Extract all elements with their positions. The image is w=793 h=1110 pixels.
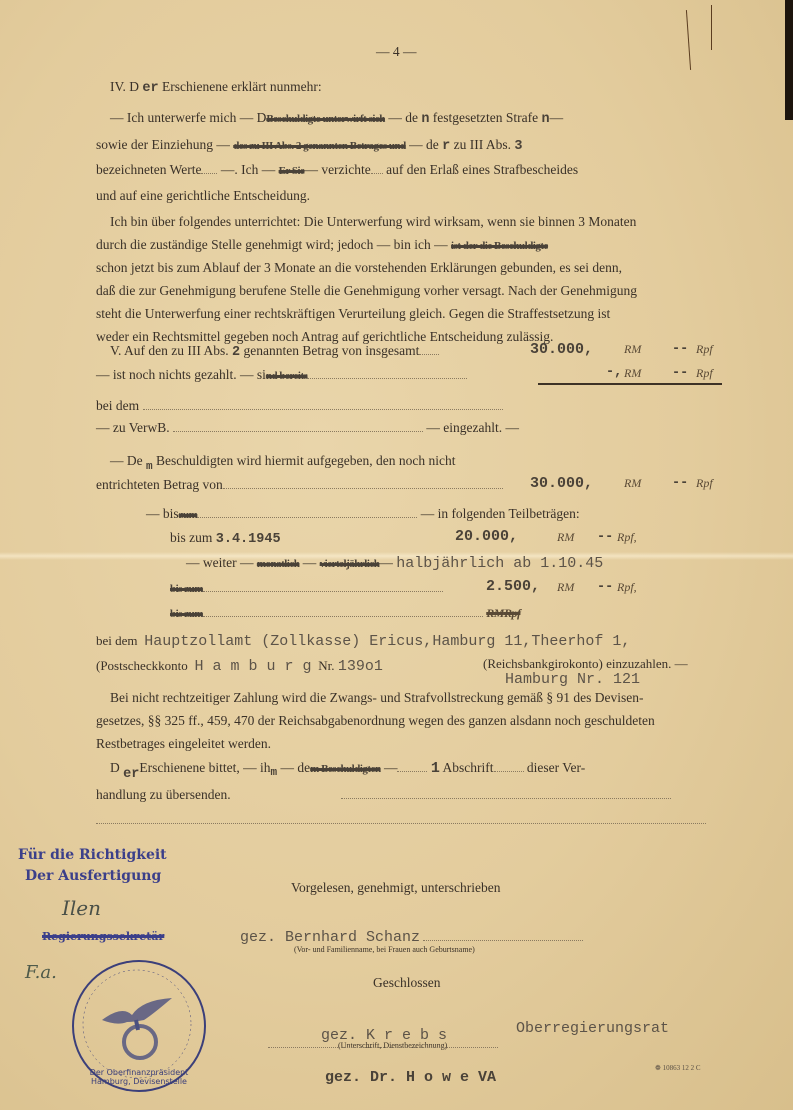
blank-field (371, 172, 383, 174)
text: — verzichte (304, 162, 370, 177)
typed-copy-count: 1 (431, 760, 440, 777)
blank-field (423, 939, 583, 941)
handwritten-initials: F.a. (25, 962, 57, 983)
text: zu III Abs. (454, 137, 511, 152)
section-v-line-4: — zu VerwB. — eingezahlt. — (96, 420, 519, 436)
blank-field (201, 172, 217, 174)
rpf-value: -- (672, 476, 688, 491)
text: — de (281, 760, 311, 775)
signature-2-line (268, 1036, 498, 1052)
struck-text: nd bereits (266, 370, 308, 382)
stamp-title-struck: Regierungssekretär (42, 930, 164, 943)
struck-text: ist der die Beschuldigte (451, 240, 548, 252)
text: — (550, 110, 564, 125)
typed-payee: Hauptzollamt (Zollkasse) Ericus,Hamburg … (144, 633, 630, 650)
typed-account-number: 139o1 (338, 658, 383, 675)
frequency-line: — weiter — monatlich — vierteljährlich— … (186, 555, 603, 572)
read-approved-label: Vorgelesen, genehmigt, unterschrieben (291, 880, 500, 896)
payment-line-2: entrichteten Betrag von (96, 477, 503, 493)
rpf-label: Rpf, (617, 580, 637, 595)
installment-amount: 20.000, (455, 528, 518, 545)
rm-label: RM (557, 580, 574, 595)
payee-line: bei dem Hauptzollamt (Zollkasse) Ericus,… (96, 633, 630, 650)
typed-fill: n (421, 112, 429, 127)
installment-3: bis zum RMRpf (170, 605, 520, 621)
enforcement-line-1: Bei nicht rechtzeitiger Zahlung wird die… (110, 690, 643, 706)
blank-field (419, 353, 439, 355)
text: bei dem (96, 633, 138, 648)
struck-text: bis zum (170, 608, 203, 620)
blank-field (494, 770, 524, 772)
typed-reichsbank: Hamburg Nr. 121 (505, 671, 640, 688)
rpf-label: Rpf (696, 342, 713, 357)
struck-text: Er Sie (279, 165, 305, 177)
text: genannten Betrag von insgesamt (243, 343, 419, 358)
page-edge-shadow (785, 0, 793, 120)
typed-city: H a m b u r g (194, 658, 311, 675)
info-line-2: durch die zuständige Stelle genehmigt wi… (96, 237, 548, 253)
struck-text: des zu III Abs. 2 genannten Betrages und (233, 140, 406, 152)
rm-label: RM (624, 476, 641, 491)
text: handlung zu übersenden. (96, 787, 231, 802)
text: 10863 12 2 C (663, 1064, 701, 1072)
stamp-line-2: Der Ausfertigung (25, 868, 161, 884)
form-code: ❁ 10863 12 2 C (655, 1064, 701, 1072)
copy-request-line-2: handlung zu übersenden. (96, 787, 671, 803)
struck-text: monatlich (257, 558, 300, 570)
text: Nr. (318, 658, 334, 673)
section-v-line-3: bei dem (96, 398, 503, 414)
text: entrichteten Betrag von (96, 477, 223, 492)
page-number: — 4 — (376, 44, 417, 60)
text: — in folgenden Teilbeträgen: (421, 506, 580, 521)
struck-text: vierteljährlich (320, 558, 380, 570)
typed-fill: 2 (232, 345, 240, 360)
struck-text: m Beschuldigten (310, 763, 380, 775)
blank-field (96, 822, 706, 824)
typed-frequency: halbjährlich ab 1.10.45 (396, 555, 603, 572)
info-line-5: steht die Unterwerfung einer rechtskräft… (96, 306, 610, 322)
installment-date: 3.4.1945 (216, 532, 281, 547)
copy-request-line-1: D erErschienene bittet, — ihm — dem Besc… (110, 760, 585, 782)
rm-label: RM (624, 342, 641, 357)
blank-field (397, 770, 427, 772)
text: bei dem (96, 398, 139, 413)
section-iv-line-4: und auf eine gerichtliche Entscheidung. (96, 188, 310, 204)
blank-field (203, 590, 443, 592)
rpf-label: Rpf, (617, 530, 637, 545)
outstanding-amount: 30.000, (530, 475, 593, 492)
text: sowie der Einziehung — (96, 137, 230, 152)
section-iv-heading: IV. D er Erschienene erklärt nunmehr: (110, 79, 322, 96)
section-iv-line-2: sowie der Einziehung — des zu III Abs. 2… (96, 137, 522, 154)
paid-amount: -, (606, 365, 622, 380)
text: — (384, 760, 398, 775)
official-seal: Der Oberfinanzpräsident Hamburg, Devisen… (72, 960, 206, 1092)
rm-label: RM (557, 530, 574, 545)
text: —. Ich — (221, 162, 275, 177)
section-v-line-2: — ist noch nichts gezahlt. — sind bereit… (96, 367, 467, 383)
rpf-value: -- (597, 530, 613, 545)
typed-fill: er (123, 767, 139, 782)
struck-text: bis zum (170, 583, 203, 595)
installment-amount: 2.500, (486, 578, 540, 595)
rpf-label: Rpf (696, 366, 713, 381)
blank-field (197, 516, 417, 518)
signature-2-title: Oberregierungsrat (516, 1020, 669, 1037)
reichsbank-label: (Reichsbankgirokonto) einzuzahlen. — (483, 656, 688, 672)
blank-field (268, 1046, 498, 1048)
text: Abschrift (443, 760, 494, 775)
section-v-line-1: V. Auf den zu III Abs. 2 genannten Betra… (110, 343, 439, 360)
typed-fill: m (146, 461, 153, 473)
text: — zu VerwB. (96, 420, 170, 435)
rpf-value: -- (672, 342, 688, 357)
text: — bis (146, 506, 179, 521)
struck-text: Beschuldigte unterwirft sich (266, 113, 385, 125)
seal-text: Der Oberfinanzpräsident Hamburg, Devisen… (84, 1068, 194, 1086)
closed-label: Geschlossen (373, 975, 441, 991)
stamp-line-1: Für die Richtigkeit (18, 847, 167, 863)
section-iv-line-3: bezeichneten Werte —. Ich — Er Sie— verz… (96, 162, 578, 178)
printer-mark-icon: ❁ (655, 1064, 661, 1072)
info-line-1: Ich bin über folgendes unterrichtet: Die… (110, 214, 636, 230)
rpf-value: -- (672, 366, 688, 381)
enforcement-line-2: gesetzes, §§ 325 ff., 459, 470 der Reich… (96, 713, 655, 729)
typed-fill: 3 (514, 139, 522, 154)
signature-3: gez. Dr. H o w e VA (325, 1069, 496, 1086)
info-line-4: daß die zur Genehmigung berufene Stelle … (96, 283, 637, 299)
text: (Postscheckkonto (96, 658, 188, 673)
sum-underline (538, 383, 722, 385)
text: — Ich unterwerfe mich — D (110, 110, 266, 125)
enforcement-line-3: Restbetrages eingeleitet werden. (96, 736, 271, 752)
postscheck-line: (Postscheckkonto H a m b u r g Nr. 139o1 (96, 658, 383, 675)
installment-1: bis zum 3.4.1945 (170, 530, 281, 547)
struck-text: Rpf (504, 606, 521, 620)
rpf-value: -- (597, 580, 613, 595)
text: — (303, 555, 317, 570)
text: Erschienene erklärt nunmehr: (162, 79, 322, 94)
struck-text: zum (179, 509, 198, 521)
blank-field (173, 430, 423, 432)
blank-field (223, 487, 503, 489)
text: durch die zuständige Stelle genehmigt wi… (96, 237, 448, 252)
blank-field (203, 615, 483, 617)
blank-line (96, 812, 706, 828)
typed-fill: n (542, 112, 550, 127)
text: — weiter — (186, 555, 253, 570)
text: — eingezahlt. — (426, 420, 519, 435)
text: auf den Erlaß eines Strafbescheides (386, 162, 578, 177)
pencil-mark (686, 10, 691, 70)
text: IV. D (110, 79, 139, 94)
text: — (379, 555, 393, 570)
text: V. Auf den zu III Abs. (110, 343, 229, 358)
text: dieser Ver- (527, 760, 585, 775)
text: — De (110, 453, 143, 468)
rm-label: RM (624, 366, 641, 381)
payment-line-3: — biszum — in folgenden Teilbeträgen: (146, 506, 580, 522)
total-amount: 30.000, (530, 341, 593, 358)
installment-2: bis zum (170, 580, 443, 596)
blank-field (341, 797, 671, 799)
blank-field (143, 408, 503, 410)
typed-signature: gez. Bernhard Schanz (240, 929, 420, 946)
struck-text: RM (486, 606, 504, 620)
signature-1-caption: (Vor- und Familienname, bei Frauen auch … (294, 945, 475, 954)
text: D (110, 760, 120, 775)
text: — ist noch nichts gezahlt. — si (96, 367, 266, 382)
pencil-mark (711, 5, 712, 50)
typed-fill: m (271, 767, 278, 779)
signature-1: gez. Bernhard Schanz (240, 929, 583, 946)
section-iv-line-1: — Ich unterwerfe mich — DBeschuldigte un… (110, 110, 563, 127)
text: — de (388, 110, 418, 125)
blank-field (307, 377, 467, 379)
text: — de (409, 137, 439, 152)
rpf-label: Rpf (696, 476, 713, 491)
typed-fill: r (442, 139, 450, 154)
typed-fill: er (142, 81, 158, 96)
text: Erschienene bittet, — ih (139, 760, 270, 775)
text: bezeichneten Werte (96, 162, 201, 177)
text: bis zum (170, 530, 212, 545)
text: Beschuldigten wird hiermit aufgegeben, d… (156, 453, 456, 468)
handwritten-signature: Ilen (62, 896, 101, 920)
info-line-3: schon jetzt bis zum Ablauf der 3 Monate … (96, 260, 622, 276)
text: festgesetzten Strafe (433, 110, 538, 125)
payment-line-1: — De m Beschuldigten wird hiermit aufgeg… (110, 453, 456, 473)
